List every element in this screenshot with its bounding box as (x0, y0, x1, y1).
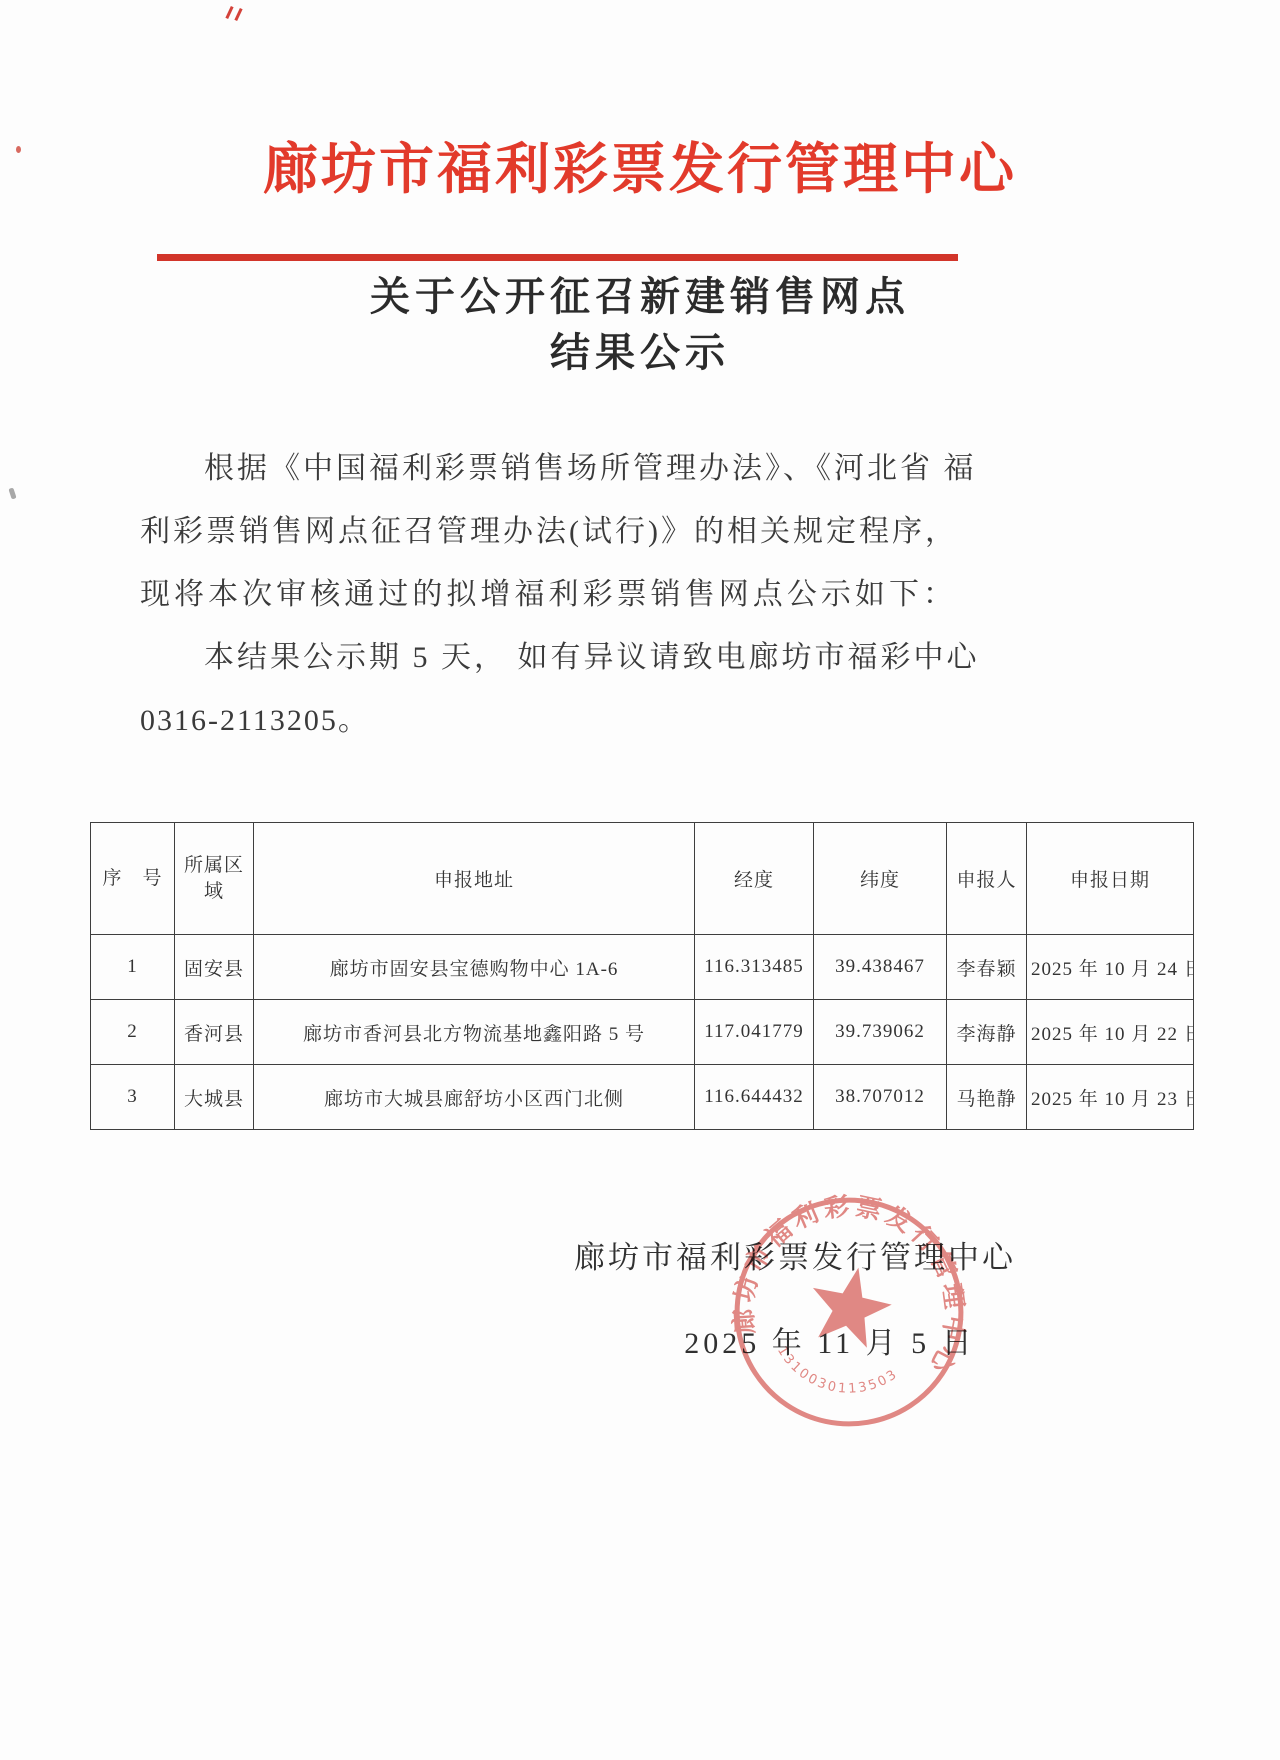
cell-district: 香河县 (175, 1000, 254, 1065)
cell-latitude: 38.707012 (814, 1065, 947, 1130)
header-latitude: 纬度 (814, 823, 947, 935)
header-date: 申报日期 (1027, 823, 1194, 935)
body-text: 根据《中国福利彩票销售场所管理办法》、《河北省 福 利彩票销售网点征召管理办法(… (140, 437, 956, 752)
table-row: 1 固安县 廊坊市固安县宝德购物中心 1A-6 116.313485 39.43… (91, 935, 1194, 1000)
body-line: 根据《中国福利彩票销售场所管理办法》、《河北省 福 (140, 437, 956, 500)
document-title-line2: 结果公示 (0, 328, 1280, 378)
cell-date: 2025 年 10 月 22 日 (1027, 1000, 1194, 1065)
seal-serial-holder: 1310030113503 (768, 1341, 904, 1408)
seal-star-icon (803, 1259, 898, 1351)
cell-seq: 3 (91, 1065, 175, 1130)
cell-latitude: 39.739062 (814, 1000, 947, 1065)
cell-applicant: 李春颖 (947, 935, 1027, 1000)
cell-date: 2025 年 10 月 24 日 (1027, 935, 1194, 1000)
cell-district: 大城县 (175, 1065, 254, 1130)
table-header-row: 序 号 所属区域 申报地址 经度 纬度 申报人 申报日期 (91, 823, 1194, 935)
scan-artifact (8, 487, 16, 499)
cell-longitude: 117.041779 (695, 1000, 814, 1065)
header-longitude: 经度 (695, 823, 814, 935)
cell-district: 固安县 (175, 935, 254, 1000)
cell-applicant: 马艳静 (947, 1065, 1027, 1130)
cell-seq: 1 (91, 935, 175, 1000)
cell-longitude: 116.644432 (695, 1065, 814, 1130)
cell-date: 2025 年 10 月 23 日 (1027, 1065, 1194, 1130)
letterhead-title: 廊坊市福利彩票发行管理中心 (0, 138, 1280, 202)
cell-seq: 2 (91, 1000, 175, 1065)
outlets-table: 序 号 所属区域 申报地址 经度 纬度 申报人 申报日期 1 固安县 廊坊市固安… (90, 822, 1194, 1130)
document-title-line1: 关于公开征召新建销售网点 (0, 272, 1280, 322)
document-page: 廊坊市福利彩票发行管理中心 关于公开征召新建销售网点 结果公示 根据《中国福利彩… (0, 0, 1280, 1760)
cell-latitude: 39.438467 (814, 935, 947, 1000)
body-line: 现将本次审核通过的拟增福利彩票销售网点公示如下： (140, 563, 956, 626)
official-seal: 廊坊市福利彩票发行管理中心 1310030113503 (700, 1163, 999, 1462)
cell-address: 廊坊市固安县宝德购物中心 1A-6 (254, 935, 695, 1000)
header-applicant: 申报人 (947, 823, 1027, 935)
cell-applicant: 李海静 (947, 1000, 1027, 1065)
cell-longitude: 116.313485 (695, 935, 814, 1000)
body-line: 利彩票销售网点征召管理办法(试行)》的相关规定程序， (140, 500, 956, 563)
body-line-phone: 0316-2113205。 (140, 689, 956, 752)
body-line: 本结果公示期 5 天， 如有异议请致电廊坊市福彩中心 (140, 626, 956, 689)
scan-artifact (225, 6, 233, 19)
letterhead-divider (157, 254, 958, 261)
cell-address: 廊坊市大城县廊舒坊小区西门北侧 (254, 1065, 695, 1130)
seal-serial: 1310030113503 (768, 1341, 904, 1408)
header-address: 申报地址 (254, 823, 695, 935)
table-row: 2 香河县 廊坊市香河县北方物流基地鑫阳路 5 号 117.041779 39.… (91, 1000, 1194, 1065)
header-district: 所属区域 (175, 823, 254, 935)
table-row: 3 大城县 廊坊市大城县廊舒坊小区西门北侧 116.644432 38.7070… (91, 1065, 1194, 1130)
header-seq: 序 号 (91, 823, 175, 935)
cell-address: 廊坊市香河县北方物流基地鑫阳路 5 号 (254, 1000, 695, 1065)
